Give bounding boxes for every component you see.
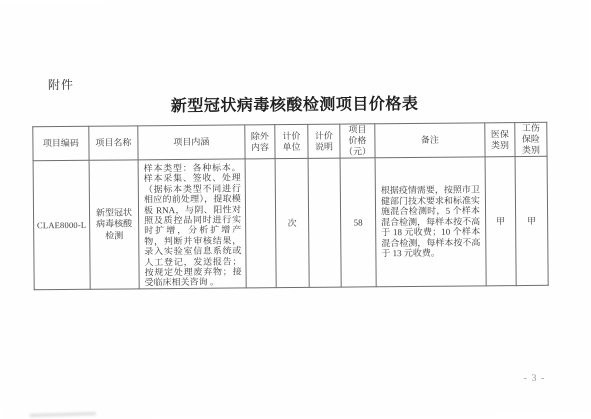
col-remarks: 备注	[375, 123, 485, 158]
attachment-label: 附件	[48, 76, 74, 93]
col-pricing-note: 计价 说明	[308, 124, 340, 158]
cell-work-injury-insurance-class: 甲	[515, 156, 548, 285]
cell-project-name: 新型冠状病毒核酸检测	[89, 160, 139, 289]
table-row: CLAE8000-L 新型冠状病毒核酸检测 样本类型：各种标本。样本采集、签收、…	[33, 156, 548, 289]
col-medical-insurance-class: 医保 类别	[485, 123, 515, 157]
cell-medical-insurance-class: 甲	[485, 157, 516, 286]
cell-pricing-unit: 次	[275, 158, 309, 287]
price-table: 项目编码 项目名称 项目内涵 除外 内容 计价 单位 计价 说明 项目 价格 （…	[32, 122, 548, 290]
page-title: 新型冠状病毒核酸检测项目价格表	[0, 89, 590, 117]
document-page: 附件 新型冠状病毒核酸检测项目价格表 项目编码 项目名称 项目内涵 除外 内容 …	[0, 0, 591, 416]
col-project-name: 项目名称	[89, 126, 138, 160]
cell-remarks: 根据疫情需要，按照市卫健部门技术要求和标准实施混合检测时，5 个样本混合检测，每…	[375, 157, 486, 287]
cell-excluded-content	[245, 159, 276, 288]
col-project-price: 项目 价格 （元）	[340, 124, 375, 158]
cell-project-price: 58	[340, 158, 376, 287]
col-pricing-unit: 计价 单位	[275, 124, 308, 158]
col-project-content: 项目内涵	[138, 125, 245, 160]
cell-project-code: CLAE8000-L	[33, 160, 90, 289]
header-row: 项目编码 项目名称 项目内涵 除外 内容 计价 单位 计价 说明 项目 价格 （…	[33, 122, 547, 160]
page-number: - 3 -	[509, 373, 559, 384]
scan-smudge	[30, 412, 96, 416]
cell-pricing-note	[308, 158, 341, 287]
col-project-code: 项目编码	[33, 126, 89, 160]
col-excluded-content: 除外 内容	[245, 125, 275, 159]
cell-project-content: 样本类型：各种标本。样本采集、签收、处理（据标本类型不同进行相应的前处理），提取…	[138, 159, 246, 289]
col-work-injury-insurance-class: 工伤 保险 类别	[515, 122, 547, 156]
